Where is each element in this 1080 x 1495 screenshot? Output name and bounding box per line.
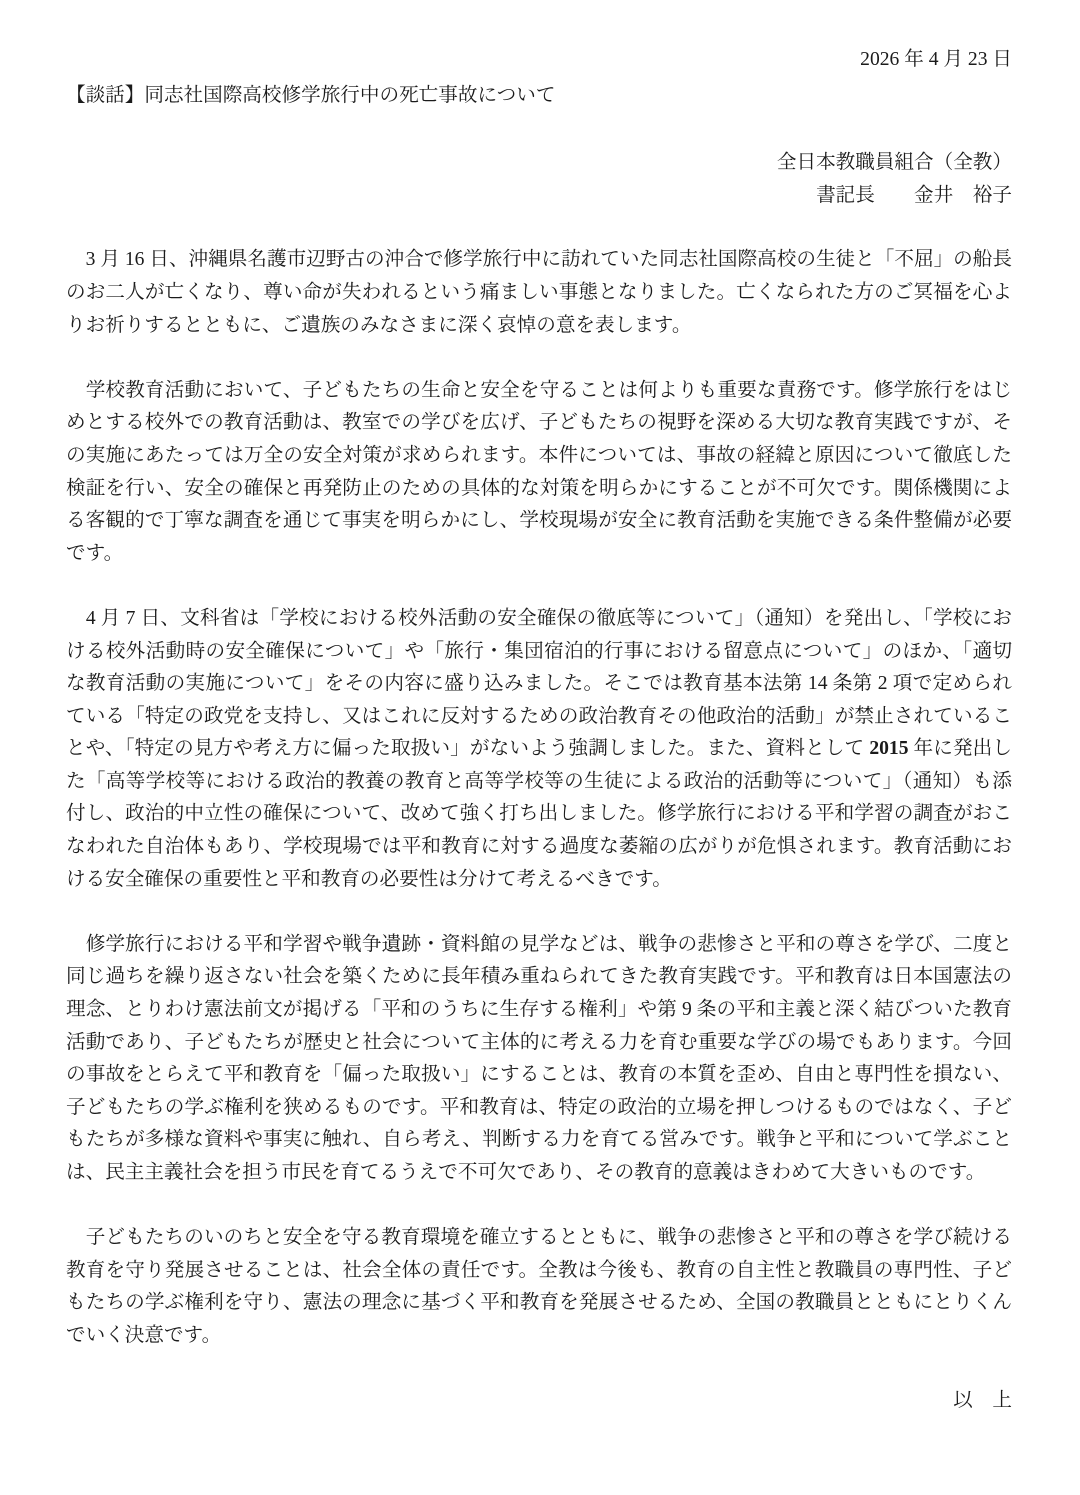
closing-phrase: 以 上: [66, 1385, 1012, 1418]
paragraph: 学校教育活動において、子どもたちの生命と安全を守ることは何よりも重要な責務です。…: [66, 375, 1012, 571]
organization-name: 全日本教職員組合（全教）: [66, 147, 1012, 180]
paragraph: 4 月 7 日、文科省は「学校における校外活動の安全確保の徹底等について」（通知…: [66, 603, 1012, 896]
document-page: 2026 年 4 月 23 日 【談話】同志社国際高校修学旅行中の死亡事故につい…: [0, 0, 1080, 1495]
body-paragraphs: 3 月 16 日、沖縄県名護市辺野古の沖合で修学旅行中に訪れていた同志社国際高校…: [66, 244, 1012, 1352]
paragraph: 子どもたちのいのちと安全を守る教育環境を確立するとともに、戦争の悲惨さと平和の尊…: [66, 1222, 1012, 1352]
paragraph: 3 月 16 日、沖縄県名護市辺野古の沖合で修学旅行中に訪れていた同志社国際高校…: [66, 244, 1012, 342]
signatory: 書記長 金井 裕子: [66, 180, 1012, 213]
paragraph: 修学旅行における平和学習や戦争遺跡・資料館の見学などは、戦争の悲惨さと平和の尊さ…: [66, 929, 1012, 1190]
document-title: 【談話】同志社国際高校修学旅行中の死亡事故について: [66, 80, 1012, 113]
document-date: 2026 年 4 月 23 日: [66, 44, 1012, 77]
